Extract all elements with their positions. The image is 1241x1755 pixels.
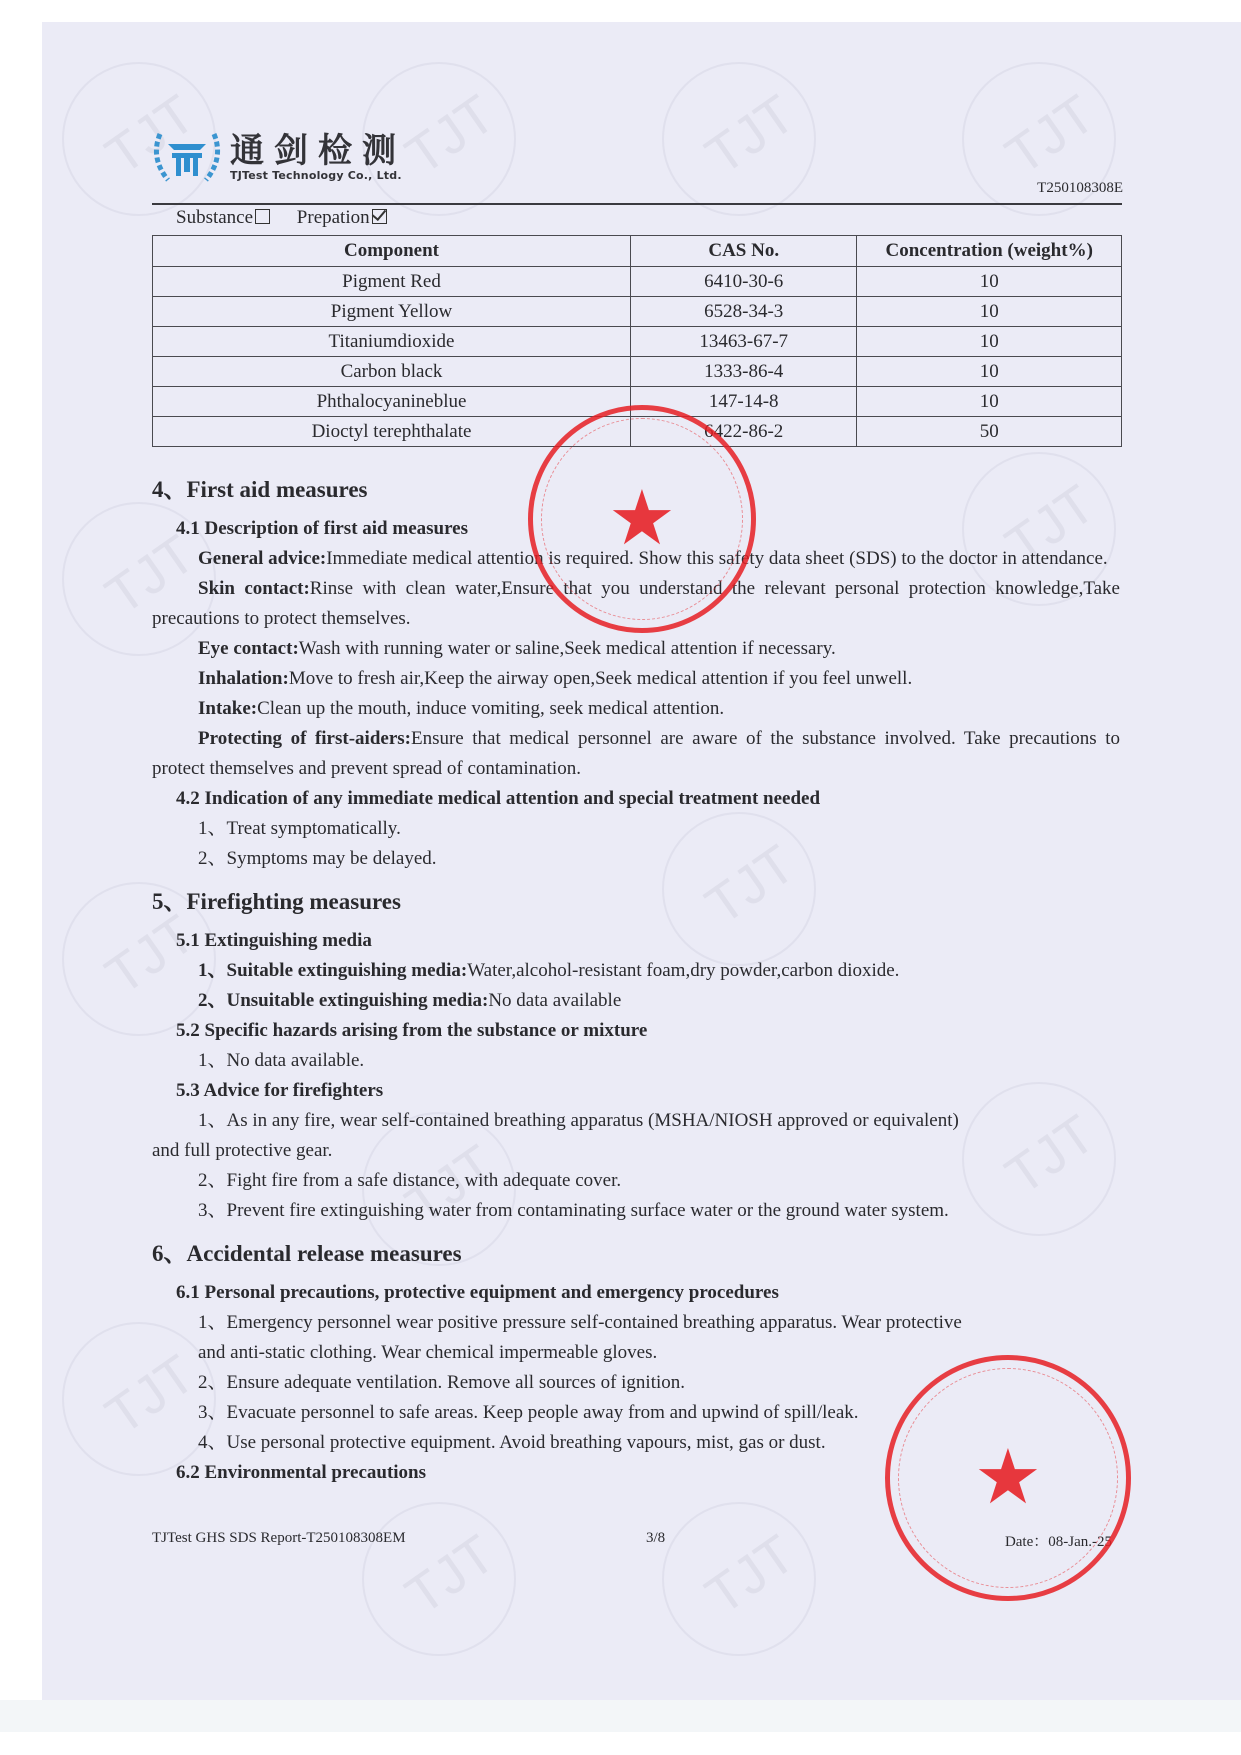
inhalation: Inhalation:Move to fresh air,Keep the ai… (152, 664, 1120, 694)
section-5-2-title: 5.2 Specific hazards arising from the su… (152, 1016, 1120, 1046)
report-number: T250108308E (1037, 180, 1123, 197)
concentration-cell: 10 (857, 387, 1122, 417)
list-item: 2、Symptoms may be delayed. (152, 844, 1120, 874)
seal-star-icon: ★ (974, 1440, 1042, 1516)
company-name-cn: 通剑检测 (230, 133, 406, 169)
list-item: 1、Emergency personnel wear positive pres… (152, 1308, 1120, 1338)
concentration-cell: 10 (857, 357, 1122, 387)
substance-label: Substance (176, 207, 253, 228)
watermark: TJT (662, 1502, 816, 1656)
table-row: Carbon black 1333-86-4 10 (153, 357, 1122, 387)
table-row: Titaniumdioxide 13463-67-7 10 (153, 327, 1122, 357)
cas-cell: 1333-86-4 (630, 357, 856, 387)
intake: Intake:Clean up the mouth, induce vomiti… (152, 694, 1120, 724)
table-row: Pigment Red 6410-30-6 10 (153, 267, 1122, 297)
table-row: Pigment Yellow 6528-34-3 10 (153, 297, 1122, 327)
scan-margin (0, 1700, 1241, 1732)
logo-emblem-icon (148, 124, 226, 190)
list-item: 2、Fight fire from a safe distance, with … (152, 1166, 1120, 1196)
component-cell: Pigment Red (153, 267, 631, 297)
component-cell: Carbon black (153, 357, 631, 387)
column-header: Component (153, 236, 631, 267)
list-item: 3、Prevent fire extinguishing water from … (152, 1196, 1120, 1226)
seal-star-icon: ★ (608, 481, 676, 557)
cas-cell: 6528-34-3 (630, 297, 856, 327)
page-number: 3/8 (646, 1530, 665, 1547)
preparation-checkbox (372, 209, 387, 224)
section-4-2-title: 4.2 Indication of any immediate medical … (152, 784, 1120, 814)
table-header-row: Component CAS No. Concentration (weight%… (153, 236, 1122, 267)
substance-checkbox (255, 209, 270, 224)
preparation-label: Prepation (297, 207, 370, 228)
watermark: TJT (662, 62, 816, 216)
company-seal-stamp: ★ (528, 405, 756, 633)
list-item-continuation: and full protective gear. (152, 1136, 1120, 1166)
company-seal-stamp: ★ (885, 1355, 1131, 1601)
list-item: 1、No data available. (152, 1046, 1120, 1076)
concentration-cell: 10 (857, 297, 1122, 327)
section-5-1-title: 5.1 Extinguishing media (152, 926, 1120, 956)
component-cell: Titaniumdioxide (153, 327, 631, 357)
concentration-cell: 10 (857, 327, 1122, 357)
component-cell: Phthalocyanineblue (153, 387, 631, 417)
header-divider (152, 203, 1122, 205)
component-cell: Pigment Yellow (153, 297, 631, 327)
company-name-en: TJTest Technology Co., Ltd. (230, 169, 406, 182)
footer-report-id: TJTest GHS SDS Report-T250108308EM (152, 1530, 406, 1547)
list-item: 1、As in any fire, wear self-contained br… (152, 1106, 1120, 1136)
concentration-cell: 10 (857, 267, 1122, 297)
company-logo: 通剑检测 TJTest Technology Co., Ltd. (148, 124, 406, 190)
section-5-title: 5、Firefighting measures (152, 882, 1120, 922)
cas-cell: 13463-67-7 (630, 327, 856, 357)
eye-contact: Eye contact:Wash with running water or s… (152, 634, 1120, 664)
section-6-title: 6、Accidental release measures (152, 1234, 1120, 1274)
list-item: 1、Treat symptomatically. (152, 814, 1120, 844)
section-5-3-title: 5.3 Advice for firefighters (152, 1076, 1120, 1106)
cas-cell: 6410-30-6 (630, 267, 856, 297)
concentration-cell: 50 (857, 417, 1122, 447)
classification-line: Substance Prepation (176, 207, 409, 229)
unsuitable-media: 2、Unsuitable extinguishing media:No data… (152, 986, 1120, 1016)
watermark: TJT (362, 1502, 516, 1656)
column-header: Concentration (weight%) (857, 236, 1122, 267)
section-6-1-title: 6.1 Personal precautions, protective equ… (152, 1278, 1120, 1308)
protecting-first-aiders: Protecting of first-aiders:Ensure that m… (152, 724, 1120, 784)
suitable-media: 1、Suitable extinguishing media:Water,alc… (152, 956, 1120, 986)
column-header: CAS No. (630, 236, 856, 267)
